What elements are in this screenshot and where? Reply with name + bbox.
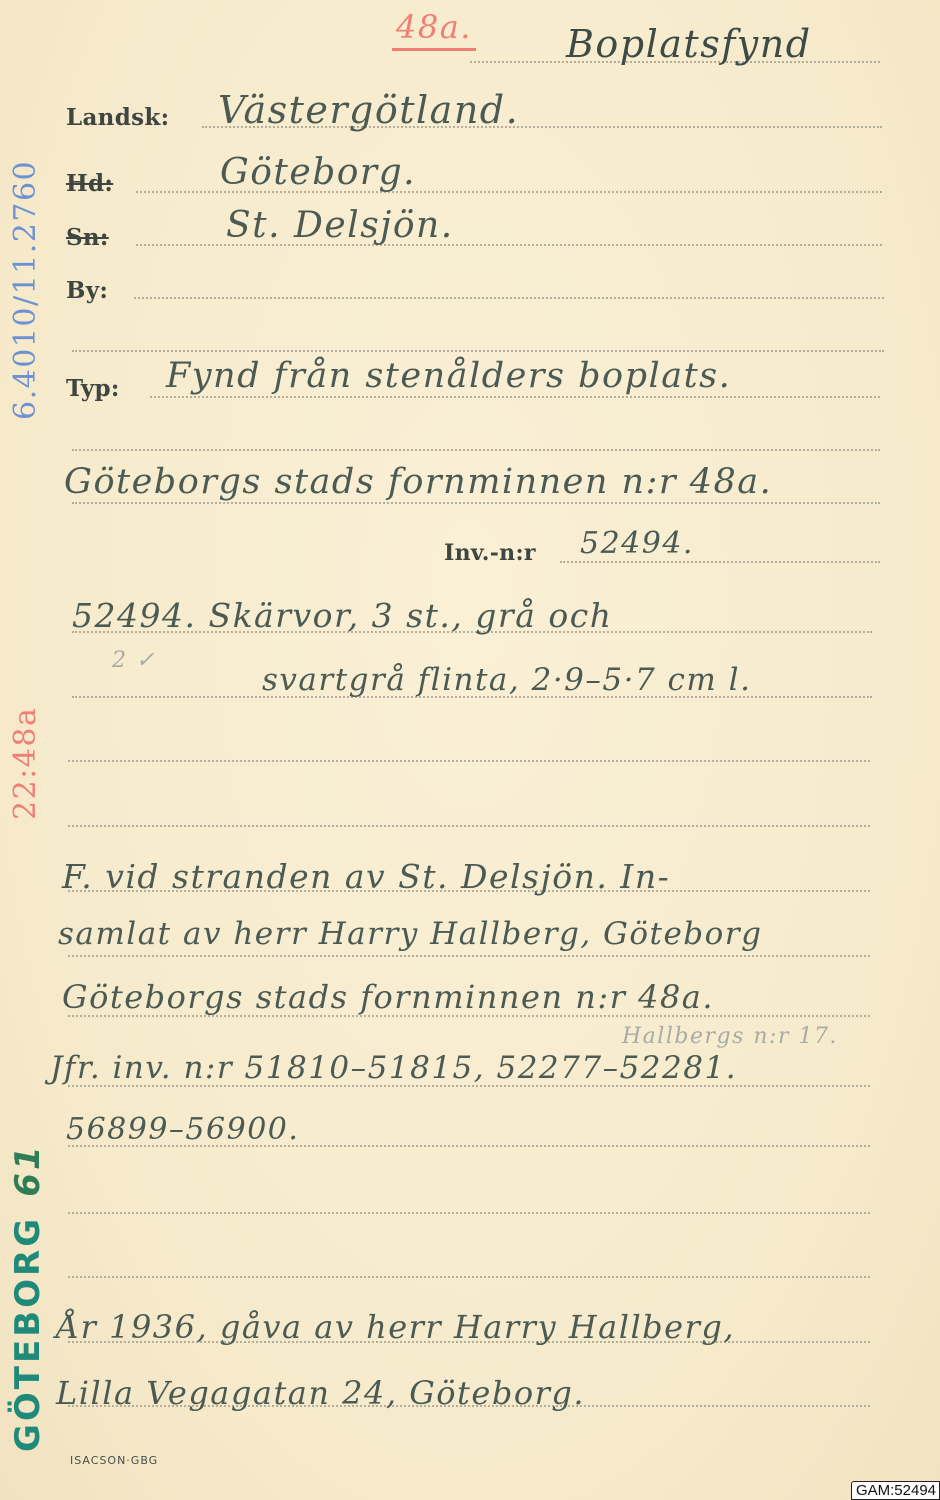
label-typ: Typ: — [66, 375, 120, 402]
card-number-red: 48a. — [392, 8, 476, 51]
printer-imprint: ISACSON·GBG — [70, 1454, 158, 1467]
description-line-1: 52494. Skärvor, 3 st., grå och — [72, 596, 612, 635]
findspot-line-3: Göteborgs stads fornminnen n:r 48a. — [62, 978, 714, 1016]
findspot-line-5: 56899–56900. — [66, 1112, 299, 1147]
findspot-line-1: F. vid stranden av St. Delsjön. In- — [62, 857, 670, 896]
collection-line: Göteborgs stads fornminnen n:r 48a. — [64, 462, 772, 502]
findspot-line-2: samlat av herr Harry Hallberg, Göteborg — [58, 916, 762, 952]
catalog-card: 48a. Boplatsfynd Landsk: Västergötland. … — [0, 0, 940, 1500]
label-by: By: — [66, 277, 108, 304]
stamp-number: 61 — [8, 1143, 48, 1196]
acquisition-line-1: År 1936, gåva av herr Harry Hallberg, — [56, 1308, 735, 1346]
pencil-count-note: 2 ✓ — [112, 648, 156, 673]
pencil-hallberg-note: Hallbergs n:r 17. — [622, 1024, 838, 1049]
ruled-line — [68, 1276, 870, 1278]
catalog-id-badge: GAM:52494 — [851, 1481, 940, 1500]
value-landsk: Västergötland. — [218, 88, 519, 132]
ruled-line — [560, 561, 880, 563]
findspot-line-4: Jfr. inv. n:r 51810–51815, 52277–52281. — [50, 1050, 737, 1086]
ruled-line — [150, 396, 880, 398]
value-typ: Fynd från stenålders boplats. — [166, 356, 731, 396]
ruled-line — [68, 825, 870, 827]
value-hd: Göteborg. — [220, 152, 416, 193]
ruled-line — [134, 297, 884, 299]
description-line-2: svartgrå flinta, 2·9–5·7 cm l. — [262, 662, 751, 698]
ruled-line — [72, 350, 884, 352]
label-inv: Inv.-n:r — [444, 540, 536, 566]
ruled-line — [72, 449, 880, 451]
margin-blue-note: 6.4010/11.2760 — [8, 160, 43, 420]
label-hd: Hd: — [66, 170, 113, 197]
goteborg-stamp: GÖTEBORG 61 — [8, 1143, 48, 1452]
ruled-line — [68, 1212, 870, 1214]
ruled-line — [72, 502, 880, 504]
label-sn: Sn: — [66, 224, 109, 251]
margin-red-note: 22:48a — [8, 707, 43, 820]
value-inv: 52494. — [580, 526, 694, 561]
ruled-line — [68, 760, 870, 762]
ruled-line — [68, 955, 870, 957]
acquisition-line-2: Lilla Vegagatan 24, Göteborg. — [56, 1374, 585, 1412]
category-heading: Boplatsfynd — [566, 22, 812, 66]
label-landsk: Landsk: — [66, 104, 169, 131]
value-sn: St. Delsjön. — [226, 205, 454, 246]
stamp-text: GÖTEBORG — [8, 1216, 48, 1452]
